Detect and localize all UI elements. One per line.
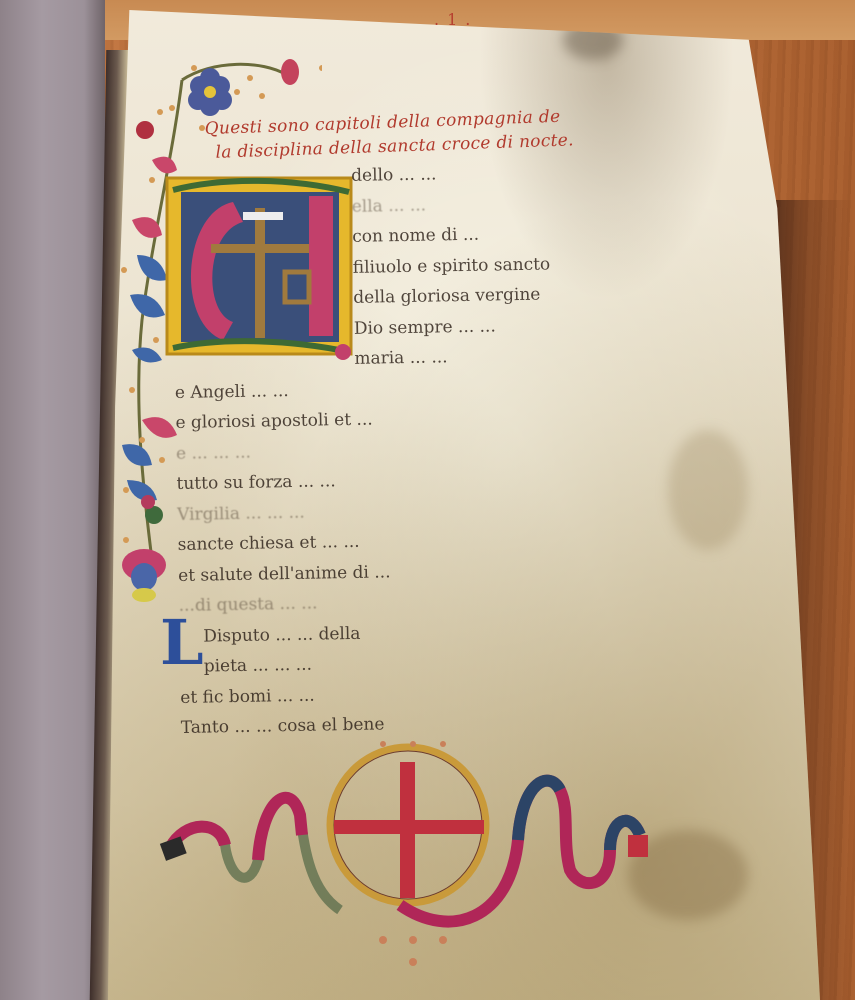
manuscript-text: dello ... ... ella ... ... con nome di .…	[171, 156, 641, 743]
book-cover-left	[0, 0, 105, 1000]
blue-initial: L	[160, 612, 204, 674]
stain	[668, 430, 748, 550]
folio-number: .1.	[434, 10, 478, 29]
cross-roundel-ornament-icon	[150, 740, 660, 980]
